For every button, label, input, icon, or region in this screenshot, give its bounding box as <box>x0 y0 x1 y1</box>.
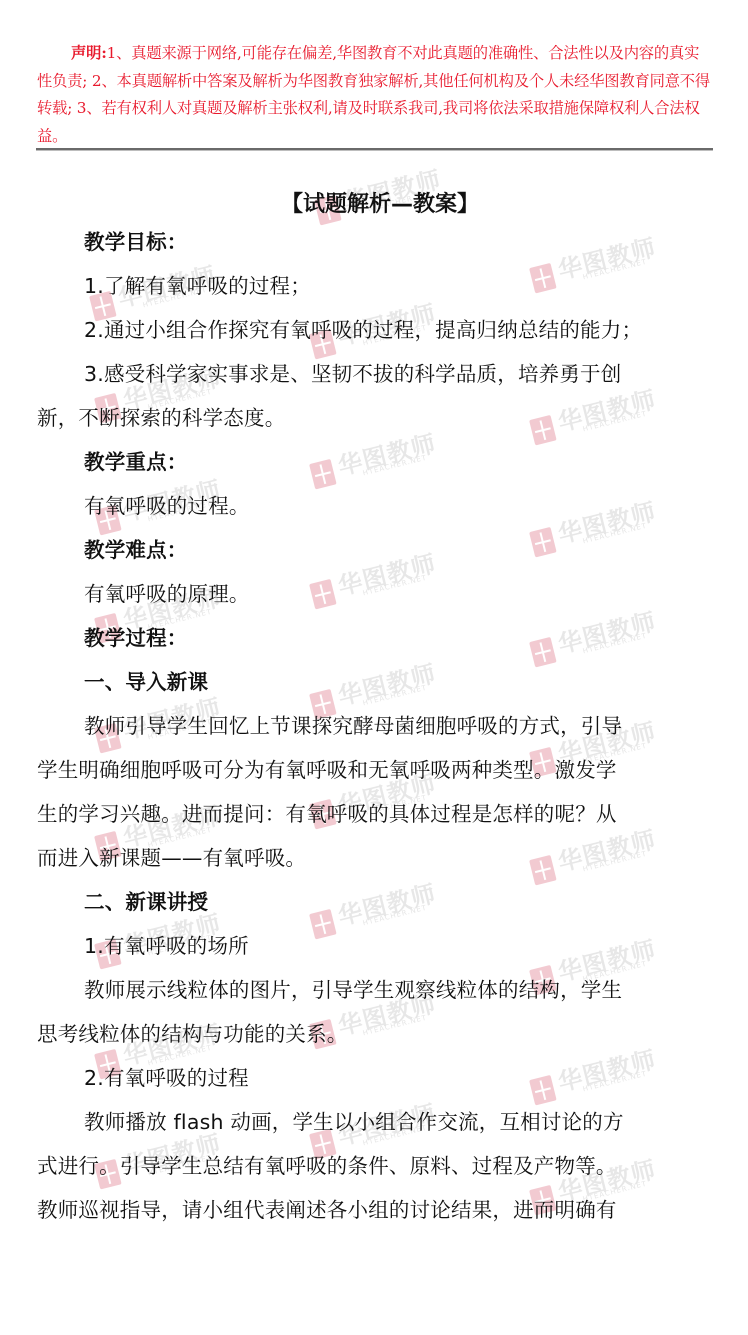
disclaimer-text: 1、真题来源于网络,可能存在偏差,华图教育不对此真题的准确性、合法性以及内容的真… <box>37 44 710 145</box>
paragraph-line: 教师巡视指导，请小组代表阐述各小组的讨论结果，进而明确有 <box>37 1188 717 1232</box>
paragraph-line: 有氧呼吸的原理。 <box>37 572 717 616</box>
section-heading: 教学重点： <box>37 440 717 484</box>
document-body: 【试题解析—教案】 教学目标：1.了解有氧呼吸的过程；2.通过小组合作探究有氧呼… <box>37 190 717 1232</box>
paragraph-line: 式进行。引导学生总结有氧呼吸的条件、原料、过程及产物等。 <box>37 1144 717 1188</box>
header-divider <box>36 148 713 150</box>
section-heading: 二、新课讲授 <box>37 880 717 924</box>
paragraph-line: 教师播放 flash 动画，学生以小组合作交流，互相讨论的方 <box>37 1100 717 1144</box>
paragraph-line: 教师展示线粒体的图片，引导学生观察线粒体的结构，学生 <box>37 968 717 1012</box>
paragraph-line: 而进入新课题——有氧呼吸。 <box>37 836 717 880</box>
document-lines: 教学目标：1.了解有氧呼吸的过程；2.通过小组合作探究有氧呼吸的过程，提高归纳总… <box>37 220 717 1232</box>
paragraph-line: 2.通过小组合作探究有氧呼吸的过程，提高归纳总结的能力； <box>37 308 717 352</box>
section-heading: 一、导入新课 <box>37 660 717 704</box>
paragraph-line: 教师引导学生回忆上节课探究酵母菌细胞呼吸的方式，引导 <box>37 704 717 748</box>
document-title: 【试题解析—教案】 <box>37 190 717 220</box>
paragraph-line: 新，不断探索的科学态度。 <box>37 396 717 440</box>
paragraph-line: 思考线粒体的结构与功能的关系。 <box>37 1012 717 1056</box>
paragraph-line: 学生明确细胞呼吸可分为有氧呼吸和无氧呼吸两种类型。激发学 <box>37 748 717 792</box>
paragraph-line: 1.有氧呼吸的场所 <box>37 924 717 968</box>
section-heading: 教学目标： <box>37 220 717 264</box>
paragraph-line: 1.了解有氧呼吸的过程； <box>37 264 717 308</box>
paragraph-line: 2.有氧呼吸的过程 <box>37 1056 717 1100</box>
disclaimer: 声明:1、真题来源于网络,可能存在偏差,华图教育不对此真题的准确性、合法性以及内… <box>37 40 713 150</box>
paragraph-line: 有氧呼吸的过程。 <box>37 484 717 528</box>
section-heading: 教学难点： <box>37 528 717 572</box>
paragraph-line: 生的学习兴趣。进而提问：有氧呼吸的具体过程是怎样的呢？从 <box>37 792 717 836</box>
section-heading: 教学过程： <box>37 616 717 660</box>
disclaimer-lead: 声明: <box>71 44 107 62</box>
paragraph-line: 3.感受科学家实事求是、坚韧不拔的科学品质，培养勇于创 <box>37 352 717 396</box>
